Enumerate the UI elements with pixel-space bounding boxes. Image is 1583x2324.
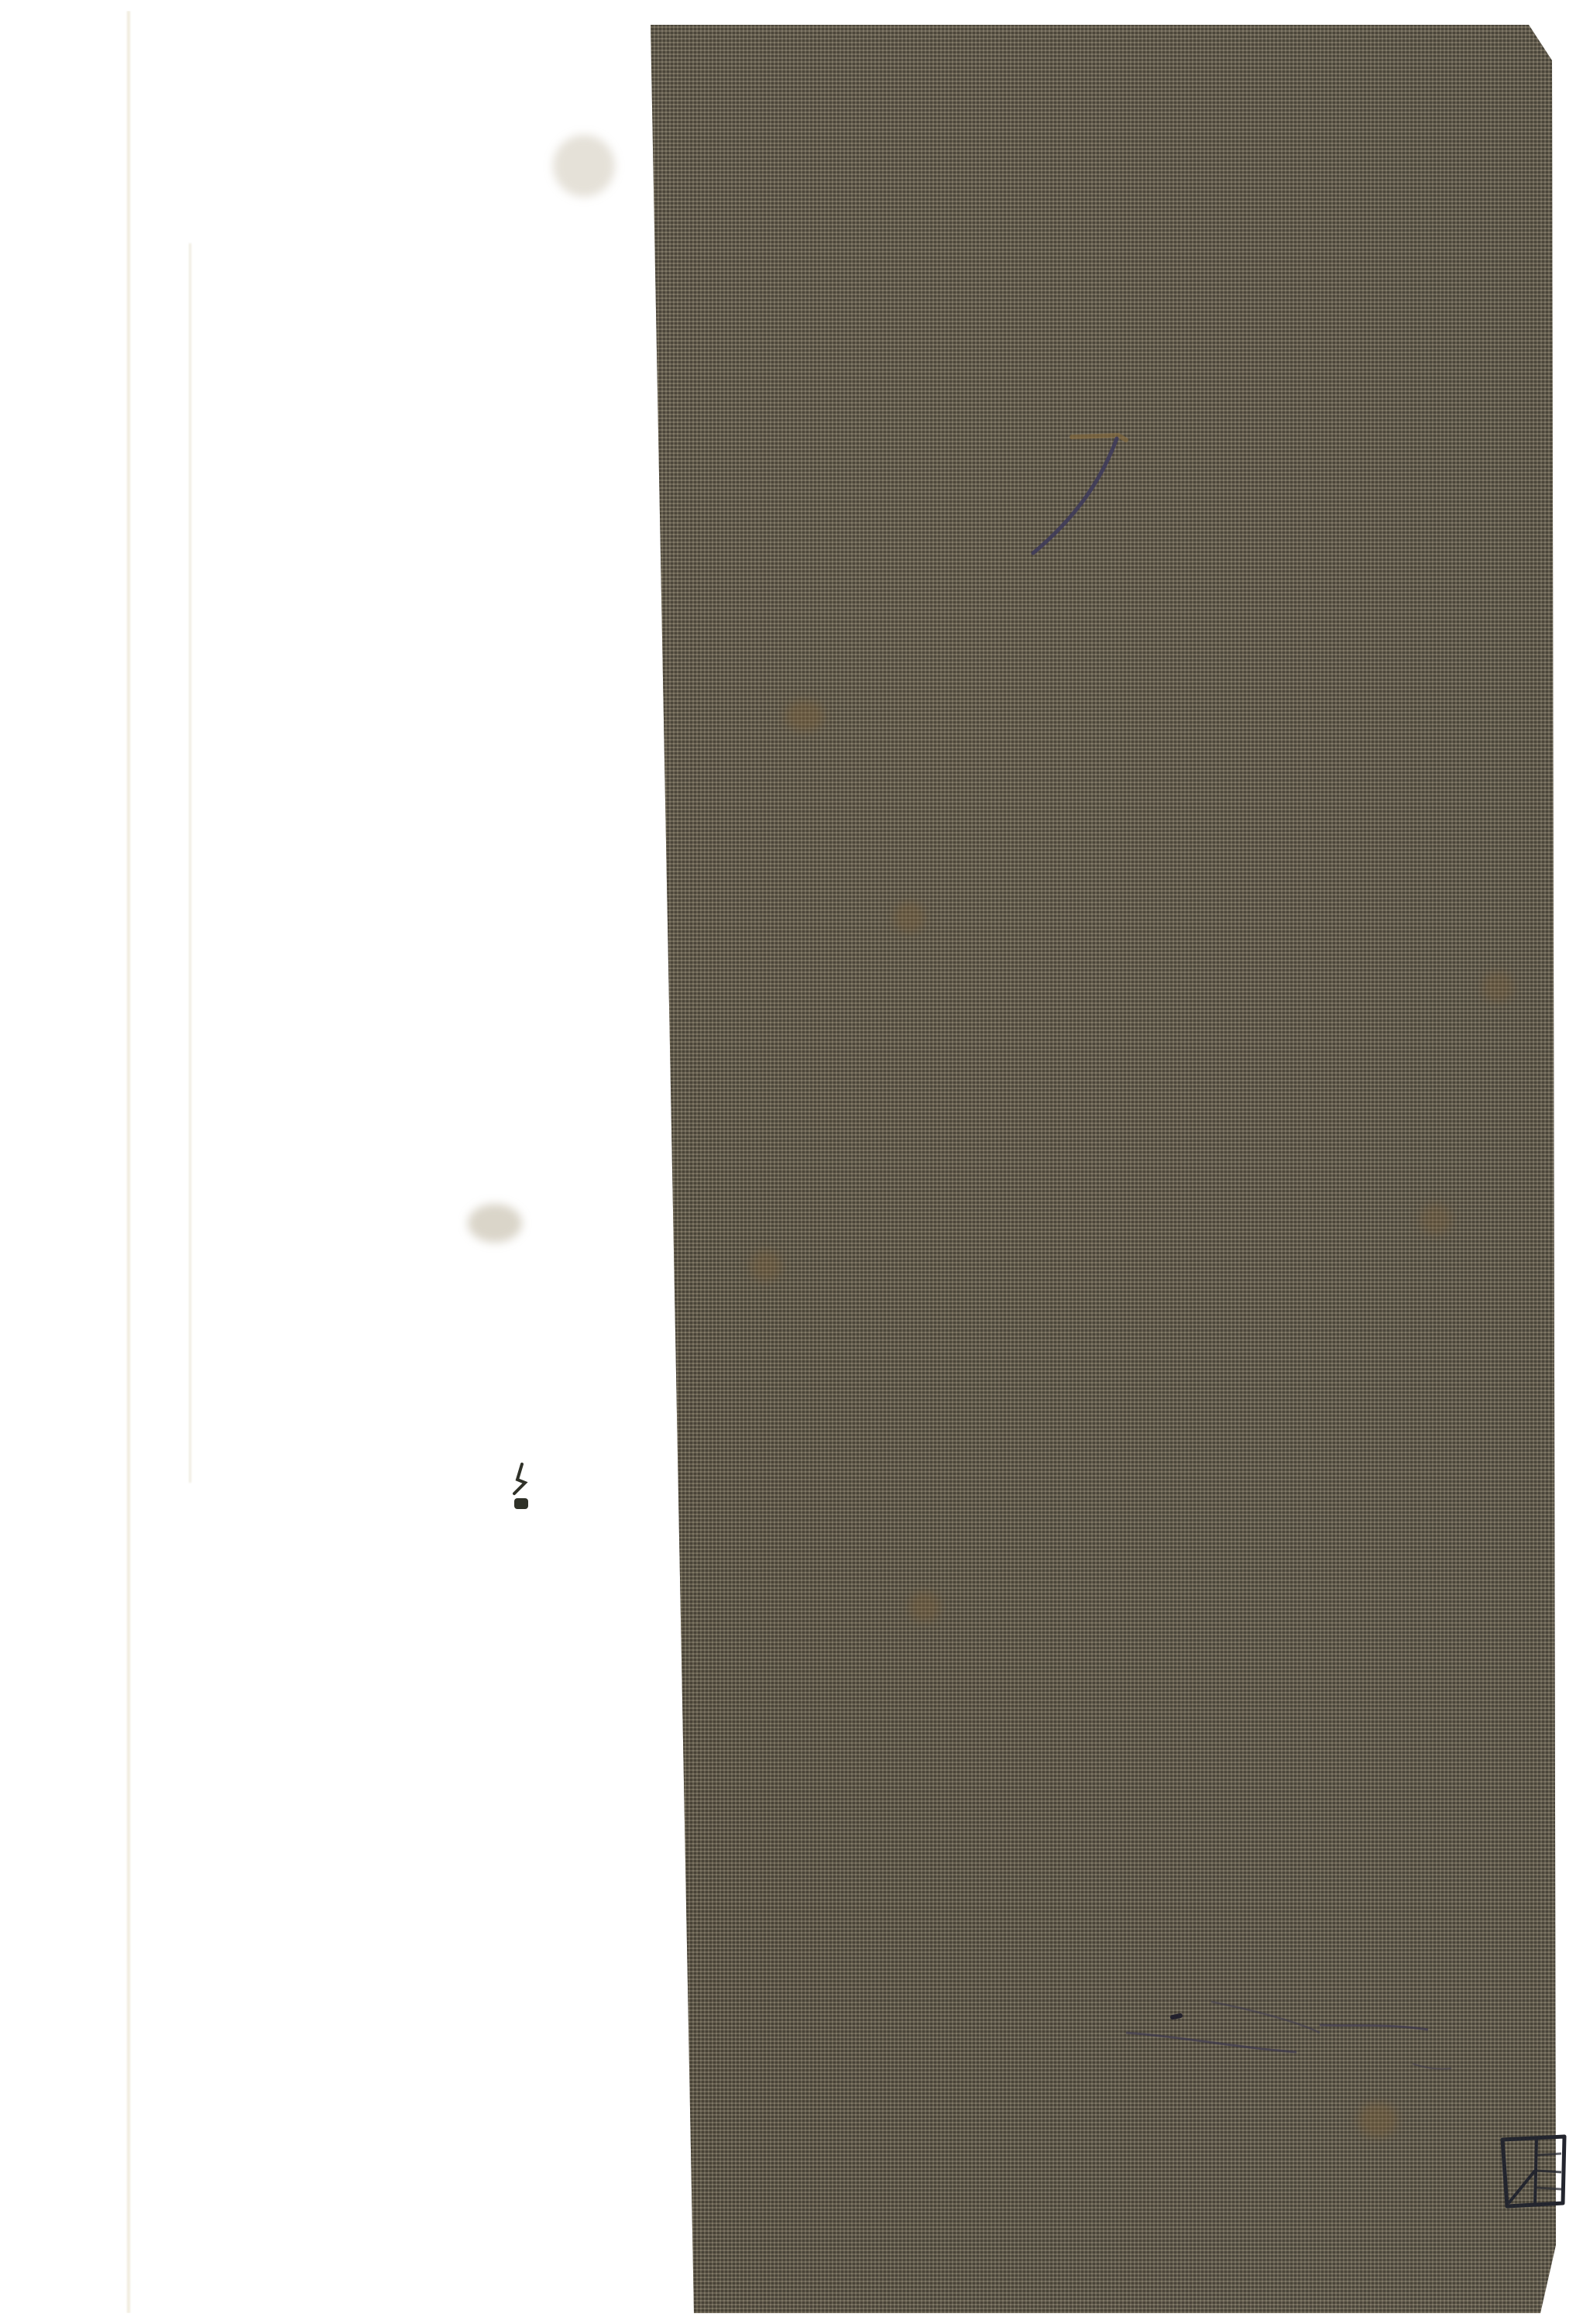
book-cover: Front cover of a vintage book with a pal…	[11, 11, 1568, 2313]
stain	[750, 1250, 781, 1281]
stain	[909, 1591, 940, 1622]
cloth-panel	[11, 14, 1563, 2313]
spine-blemish	[506, 1459, 537, 1514]
stain	[1482, 971, 1513, 1002]
stain	[894, 902, 925, 933]
monogram-stamp-icon	[1496, 2132, 1568, 2211]
stain	[553, 135, 615, 197]
stain	[785, 700, 824, 731]
stain	[1358, 2102, 1397, 2137]
stain	[468, 1204, 522, 1243]
stain	[1420, 1204, 1451, 1235]
